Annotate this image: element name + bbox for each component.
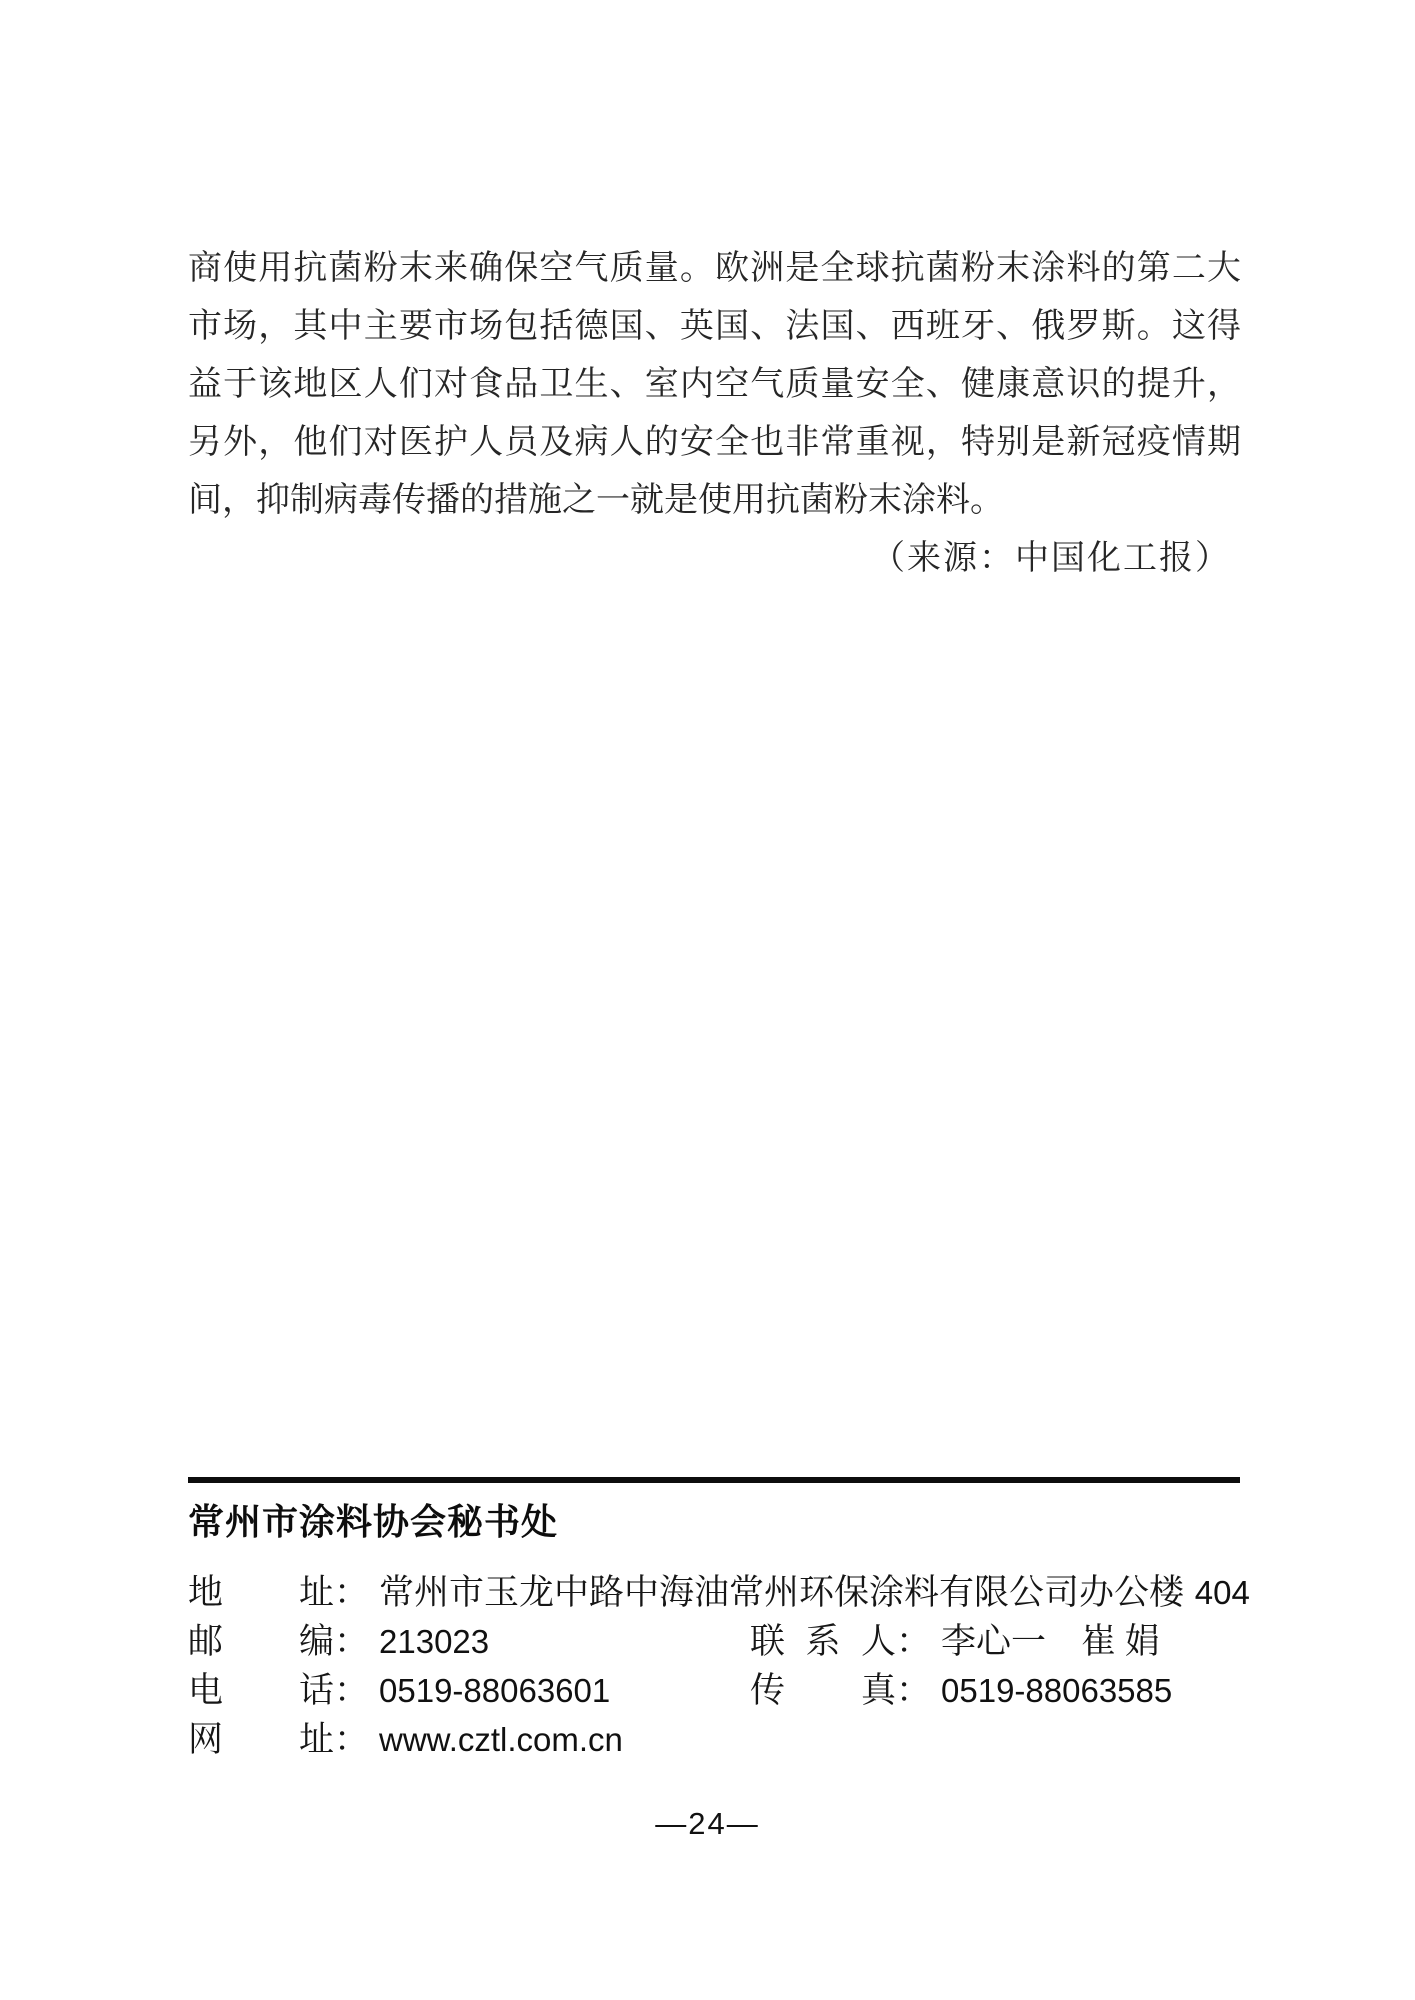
address-value: 常州市玉龙中路中海油常州环保涂料有限公司办公楼 — [379, 1573, 1184, 1612]
website-label: 网址 — [188, 1715, 334, 1764]
paragraph-line: 市场，其中主要市场包括德国、英国、法国、西班牙、俄罗斯。这得 — [188, 298, 1241, 356]
phone-value: 0519-88063601 — [379, 1672, 610, 1709]
label-char: 邮 — [188, 1617, 223, 1666]
label-colon: ： — [334, 1715, 369, 1764]
fax-group: 传真：0519-88063585 — [750, 1666, 1172, 1715]
article-paragraph: 商使用抗菌粉末来确保空气质量。欧洲是全球抗菌粉末涂料的第二大 市场，其中主要市场… — [188, 240, 1241, 588]
label-colon: ： — [896, 1617, 931, 1666]
label-char: 人 — [861, 1617, 896, 1666]
address-label: 地址 — [188, 1568, 334, 1617]
label-colon: ： — [334, 1617, 369, 1666]
footer-divider — [188, 1477, 1240, 1483]
label-char: 地 — [188, 1568, 223, 1617]
label-char: 电 — [188, 1666, 223, 1715]
website-value: www.cztl.com.cn — [379, 1721, 623, 1758]
paragraph-line: 间，抑制病毒传播的措施之一就是使用抗菌粉末涂料。 — [188, 472, 1241, 530]
label-char: 联 — [750, 1617, 785, 1666]
postcode-value: 213023 — [379, 1623, 489, 1660]
fax-label: 传真 — [750, 1666, 896, 1715]
contact-row-address: 地址：常州市玉龙中路中海油常州环保涂料有限公司办公楼 404 — [188, 1568, 1241, 1617]
label-char: 系 — [805, 1617, 840, 1666]
address-room-number: 404 — [1195, 1574, 1250, 1611]
contact-person-group: 联系人：李心一 崔 娟 — [750, 1617, 1160, 1666]
label-char: 网 — [188, 1715, 223, 1764]
postcode-label: 邮编 — [188, 1617, 334, 1666]
source-attribution: （来源：中国化工报） — [188, 530, 1241, 588]
contact-row-postcode: 邮编：213023 联系人：李心一 崔 娟 — [188, 1617, 1241, 1666]
label-char: 址 — [299, 1568, 334, 1617]
contact-block: 地址：常州市玉龙中路中海油常州环保涂料有限公司办公楼 404 邮编：213023… — [188, 1568, 1241, 1764]
page-number: —24— — [0, 1806, 1415, 1842]
label-colon: ： — [896, 1666, 931, 1715]
label-char: 话 — [299, 1666, 334, 1715]
paragraph-line: 商使用抗菌粉末来确保空气质量。欧洲是全球抗菌粉末涂料的第二大 — [188, 240, 1241, 298]
contact-person-label: 联系人 — [750, 1617, 896, 1666]
contact-person-value: 李心一 崔 娟 — [941, 1622, 1160, 1661]
label-char: 真 — [861, 1666, 896, 1715]
paragraph-line: 益于该地区人们对食品卫生、室内空气质量安全、健康意识的提升， — [188, 356, 1241, 414]
phone-label: 电话 — [188, 1666, 334, 1715]
label-char: 址 — [299, 1715, 334, 1764]
document-page: 商使用抗菌粉末来确保空气质量。欧洲是全球抗菌粉末涂料的第二大 市场，其中主要市场… — [0, 0, 1415, 2000]
fax-value: 0519-88063585 — [941, 1672, 1172, 1709]
label-colon: ： — [334, 1568, 369, 1617]
label-colon: ： — [334, 1666, 369, 1715]
label-char: 编 — [299, 1617, 334, 1666]
footer-heading: 常州市涂料协会秘书处 — [188, 1494, 558, 1545]
contact-row-phone: 电话：0519-88063601 传真：0519-88063585 — [188, 1666, 1241, 1715]
label-char: 传 — [750, 1666, 785, 1715]
contact-row-website: 网址：www.cztl.com.cn — [188, 1715, 1241, 1764]
paragraph-line: 另外，他们对医护人员及病人的安全也非常重视，特别是新冠疫情期 — [188, 414, 1241, 472]
